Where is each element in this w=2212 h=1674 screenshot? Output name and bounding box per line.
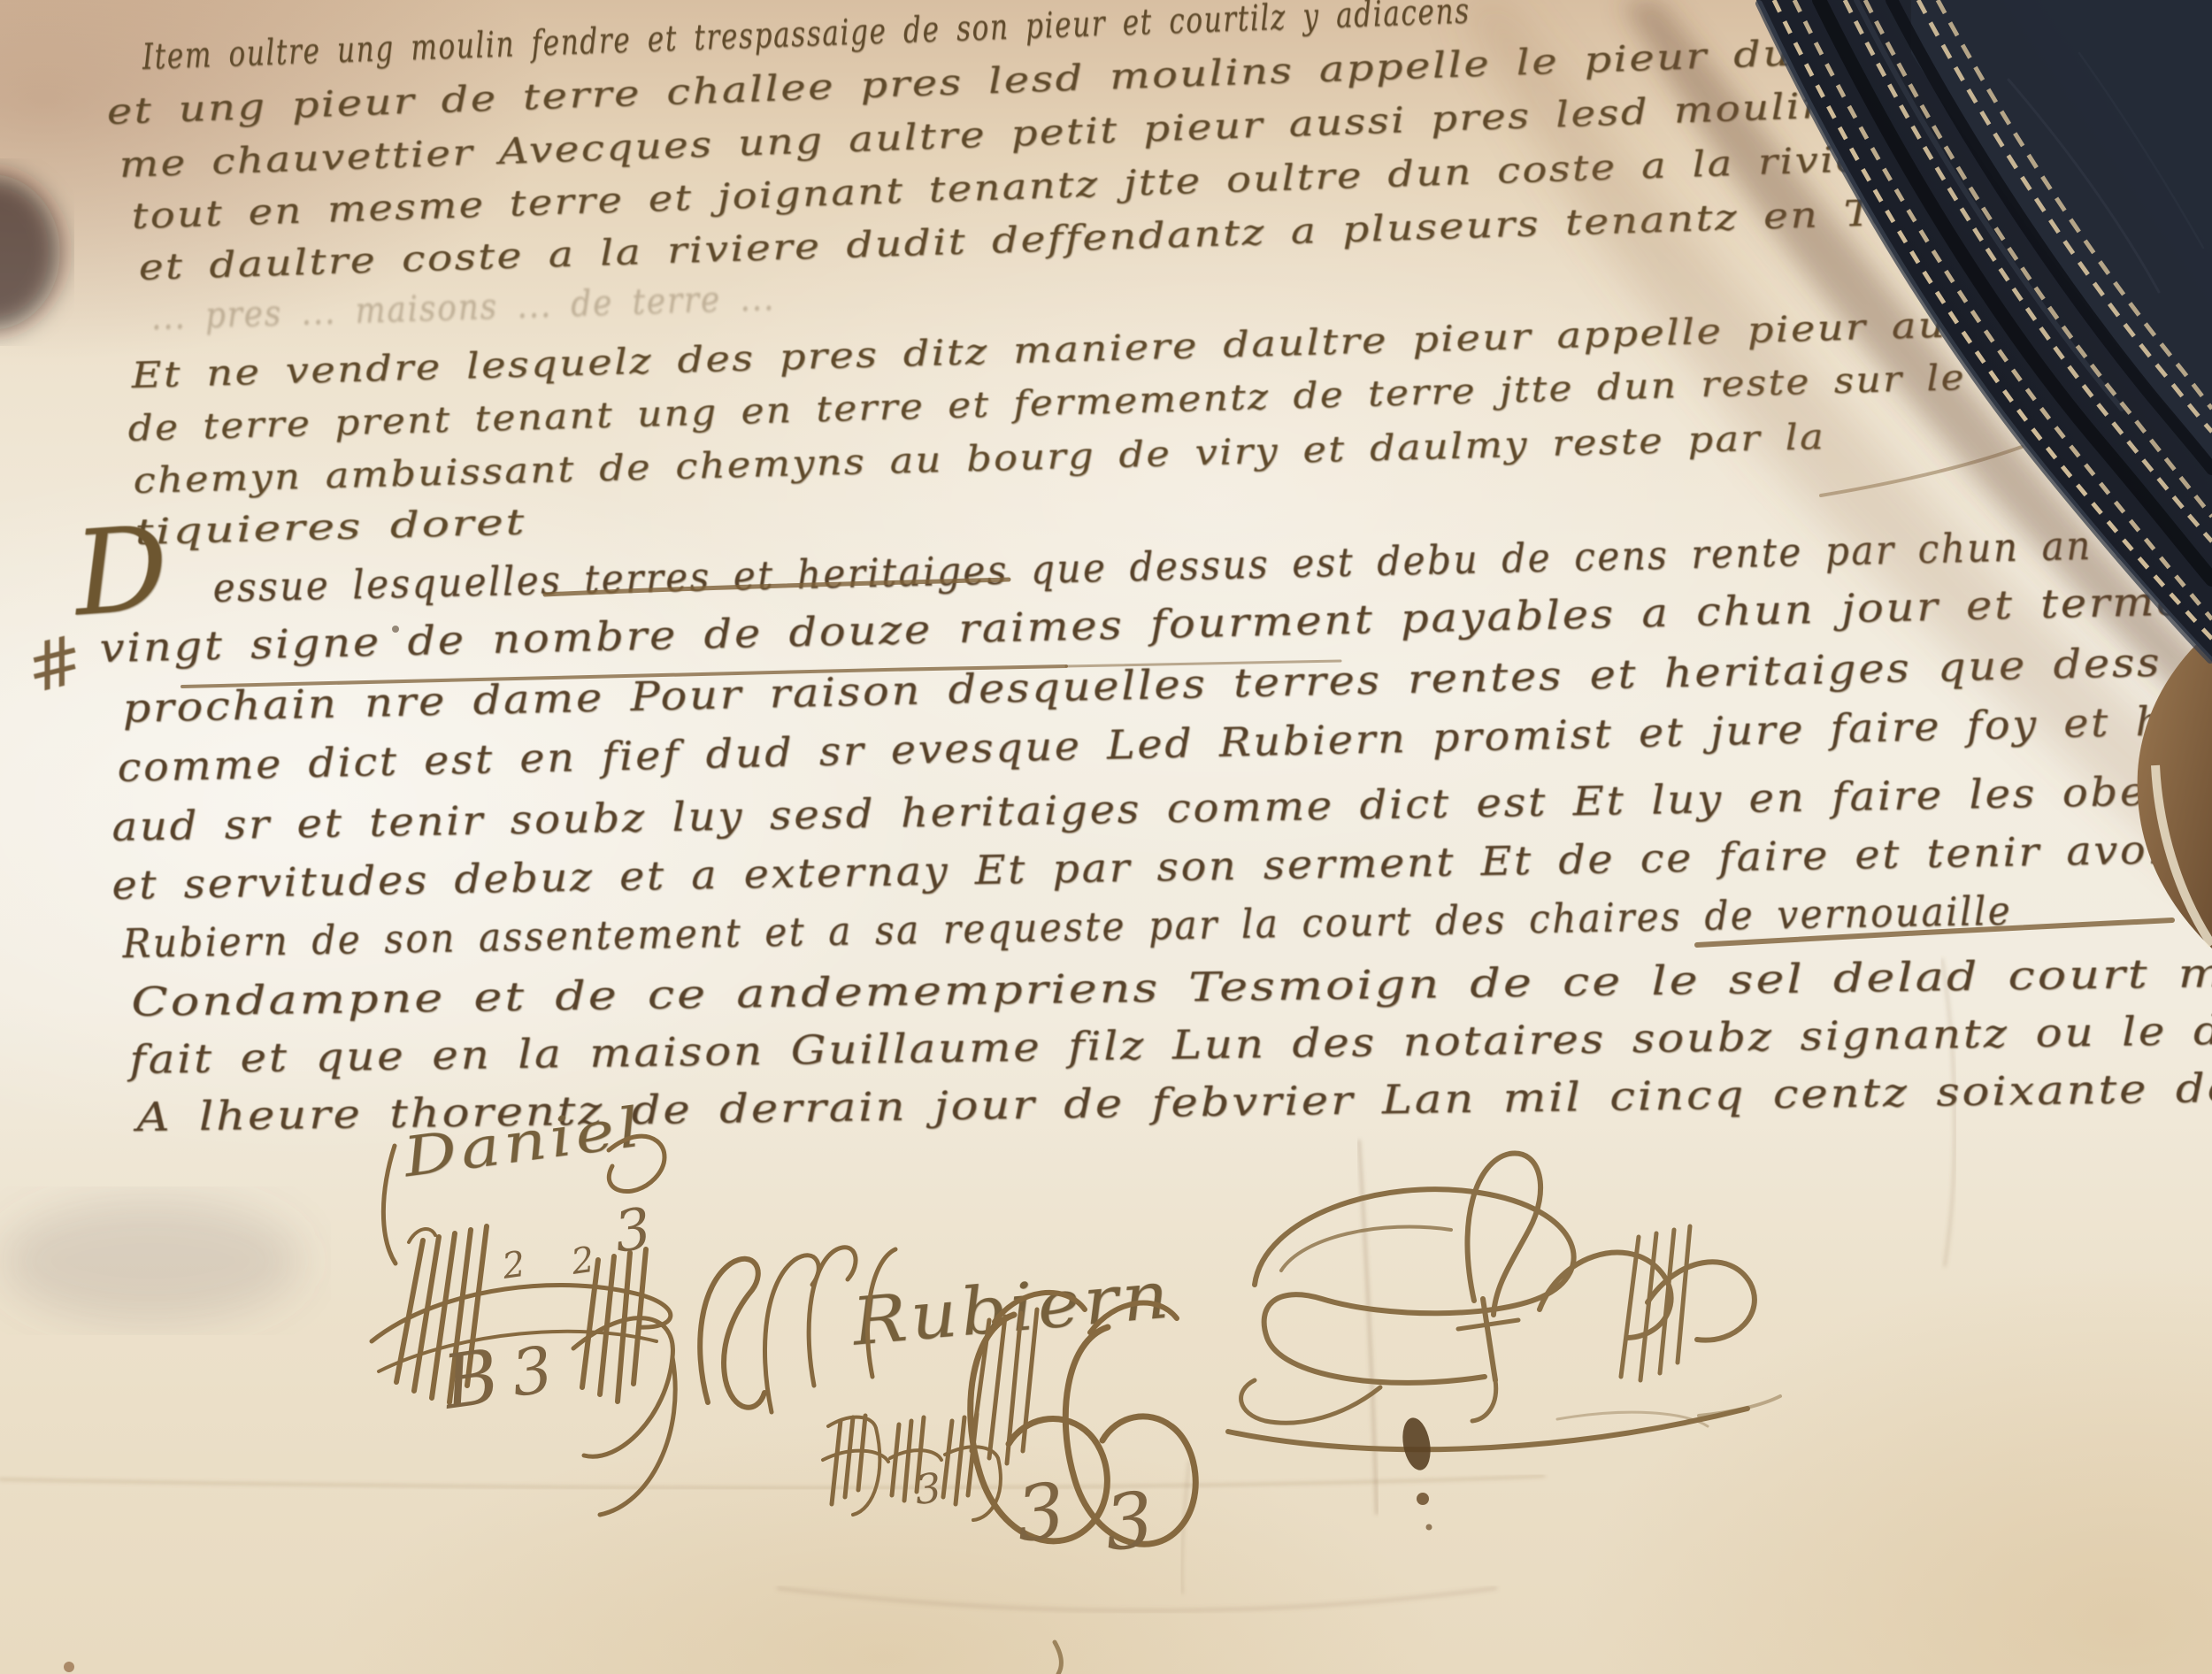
manuscript-photo: Item oultre ung moulin fendre et trespas… [0, 0, 2212, 1674]
illuminated-initial: D [71, 510, 173, 633]
